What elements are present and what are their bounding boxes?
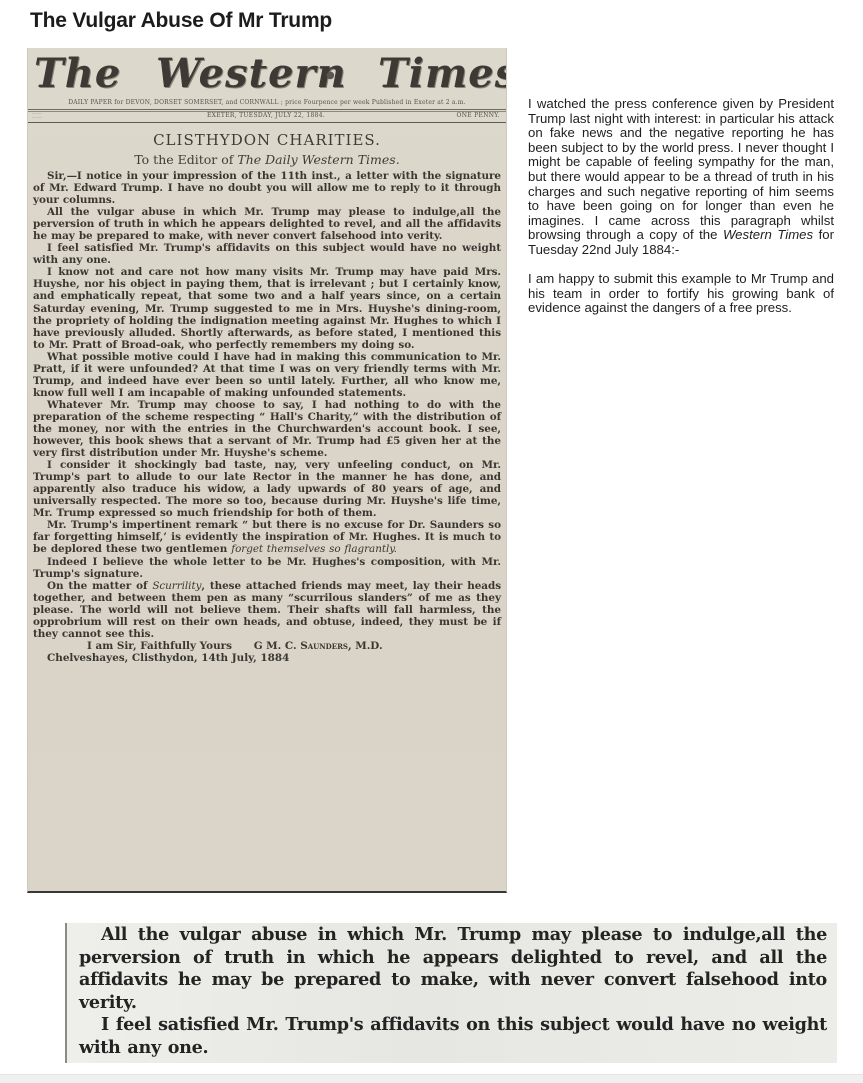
paragraph-text: On the matter of <box>47 580 152 592</box>
commentary-paragraph: I am happy to submit this example to Mr … <box>528 272 834 316</box>
enlarged-excerpt: All the vulgar abuse in which Mr. Trump … <box>65 923 837 1063</box>
divider-rule <box>28 109 506 110</box>
article-paragraph: All the vulgar abuse in which Mr. Trump … <box>33 206 501 242</box>
closing-line: I am Sir, Faithfully Yours G M. C. Saund… <box>33 640 501 652</box>
author-signature: G M. C. Saunders, M.D. <box>254 640 383 652</box>
article-paragraph: Sir,—I notice in your impression of the … <box>33 170 501 206</box>
article-subheading: To the Editor of The Daily Western Times… <box>33 152 501 167</box>
article-paragraph: Mr. Trump's impertinent remark “ but the… <box>33 519 501 555</box>
masthead-dot-ornament: ● <box>326 70 335 81</box>
paragraph-italic-text: forget themselves so flagrantly. <box>231 543 397 555</box>
closing-salutation: I am Sir, Faithfully Yours <box>87 640 232 652</box>
issue-price: ONE PENNY. <box>457 112 500 119</box>
article-paragraph: Whatever Mr. Trump may choose to say, I … <box>33 399 501 459</box>
masthead-word-western: Western <box>156 50 347 97</box>
issue-date: EXETER, TUESDAY, JULY 22, 1884. <box>32 112 500 119</box>
letter-address: Chelveshayes, Clisthydon, 14th July, 188… <box>33 652 501 664</box>
excerpt-paragraph: I feel satisfied Mr. Trump's affidavits … <box>79 1014 827 1059</box>
commentary-text: I watched the press conference given by … <box>528 97 834 331</box>
excerpt-text: All the vulgar abuse in which Mr. Trump … <box>79 924 827 1059</box>
article-paragraph: What possible motive could I have had in… <box>33 351 501 399</box>
article-paragraph: On the matter of Scurrility, these attac… <box>33 580 501 640</box>
masthead-word-the: The <box>34 50 121 97</box>
masthead-tagline: DAILY PAPER for DEVON, DORSET SOMERSET, … <box>28 99 506 106</box>
article-paragraph: I feel satisfied Mr. Trump's affidavits … <box>33 242 501 266</box>
bottom-band <box>0 1074 863 1083</box>
article-body: Sir,—I notice in your impression of the … <box>33 170 501 664</box>
article-paragraph: I consider it shockingly bad taste, nay,… <box>33 459 501 519</box>
masthead-word-times: Times. <box>378 50 507 97</box>
excerpt-paragraph: All the vulgar abuse in which Mr. Trump … <box>79 924 827 1014</box>
page-title: The Vulgar Abuse Of Mr Trump <box>30 9 332 33</box>
divider-rule <box>28 122 506 123</box>
letter-sign-off: I am Sir, Faithfully Yours G M. C. Saund… <box>33 640 501 664</box>
article-paragraph: Indeed I believe the whole letter to be … <box>33 556 501 580</box>
newspaper-masthead: The Western ● Times. <box>28 48 506 100</box>
commentary-paper-name: Western Times <box>723 227 813 242</box>
dateline-row: ⋯⋯⋯⋯⋯⋯ EXETER, TUESDAY, JULY 22, 1884. O… <box>32 112 500 121</box>
subheading-prefix: To the Editor of <box>134 152 237 167</box>
commentary-paragraph: I watched the press conference given by … <box>528 97 834 258</box>
newspaper-clipping: The Western ● Times. DAILY PAPER for DEV… <box>27 48 507 893</box>
article-heading: CLISTHYDON CHARITIES. <box>33 131 501 149</box>
article-paragraph: I know not and care not how many visits … <box>33 266 501 350</box>
letter-article: CLISTHYDON CHARITIES. To the Editor of T… <box>33 129 501 664</box>
paragraph-italic-text: Scurrility <box>152 580 201 592</box>
commentary-text-part: I watched the press conference given by … <box>528 96 834 242</box>
subheading-paper-name: The Daily Western Times. <box>237 152 399 167</box>
